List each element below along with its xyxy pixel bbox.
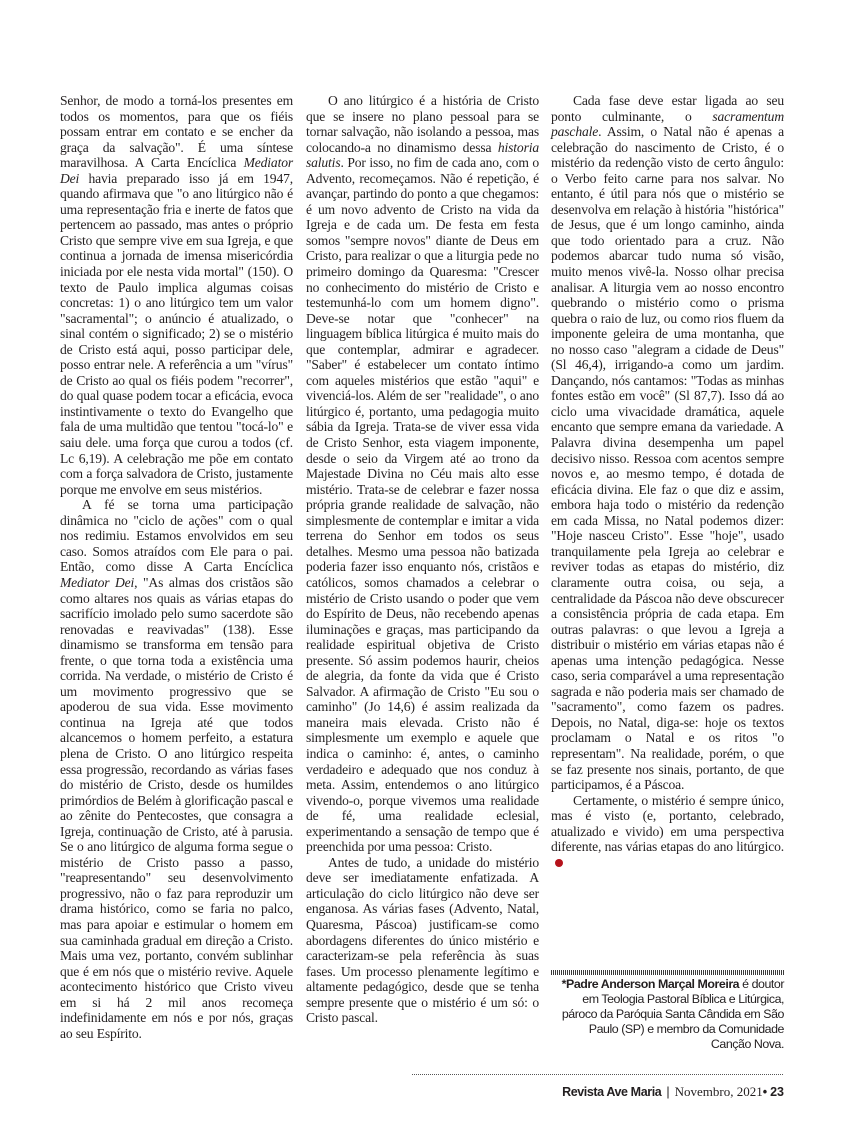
body-text: , "As almas dos cristãos são como altare… [60, 575, 293, 1041]
body-text: . Assim, o Natal não é apenas a celebraç… [551, 124, 784, 792]
paragraph: O ano litúrgico é a história de Cristo q… [306, 93, 539, 855]
body-text: Antes de tudo, a unidade do mistério dev… [306, 855, 539, 1025]
paragraph: A fé se torna uma participação dinâmica … [60, 497, 293, 1041]
footer-separator: | [666, 1085, 669, 1099]
author-note-box: *Padre Anderson Marçal Moreira é doutor … [551, 970, 784, 1052]
page-footer: Revista Ave Maria|Novembro, 2021•23 [562, 1084, 784, 1100]
italic-text: Mediator Dei [60, 575, 134, 590]
body-text: . Por isso, no fim de cada ano, com o Ad… [306, 155, 539, 854]
paragraph: Antes de tudo, a unidade do mistério dev… [306, 855, 539, 1026]
footer-divider [412, 1074, 784, 1075]
paragraph: Cada fase deve estar ligada ao seu ponto… [551, 93, 784, 793]
page-number: 23 [770, 1085, 784, 1099]
article-column-2: O ano litúrgico é a história de Cristo q… [306, 93, 539, 1026]
author-note-divider [551, 970, 784, 975]
article-column-3: Cada fase deve estar ligada ao seu ponto… [551, 93, 784, 870]
author-name: *Padre Anderson Marçal Moreira [562, 977, 739, 991]
page-bullet: • [763, 1085, 767, 1099]
paragraph: Senhor, de modo a torná-los presentes em… [60, 93, 293, 497]
issue-date: Novembro, 2021 [675, 1084, 763, 1099]
end-of-article-dot-icon [555, 859, 563, 867]
body-text: A fé se torna uma participação dinâmica … [60, 497, 293, 574]
body-text: havia preparado isso já em 1947, quando … [60, 171, 293, 497]
author-note: *Padre Anderson Marçal Moreira é doutor … [551, 977, 784, 1052]
article-column-1: Senhor, de modo a torná-los presentes em… [60, 93, 293, 1041]
magazine-title: Revista Ave Maria [562, 1085, 661, 1099]
body-text: Certamente, o mistério é sempre único, m… [551, 793, 784, 855]
paragraph: Certamente, o mistério é sempre único, m… [551, 793, 784, 871]
magazine-page: Senhor, de modo a torná-los presentes em… [0, 0, 850, 1126]
